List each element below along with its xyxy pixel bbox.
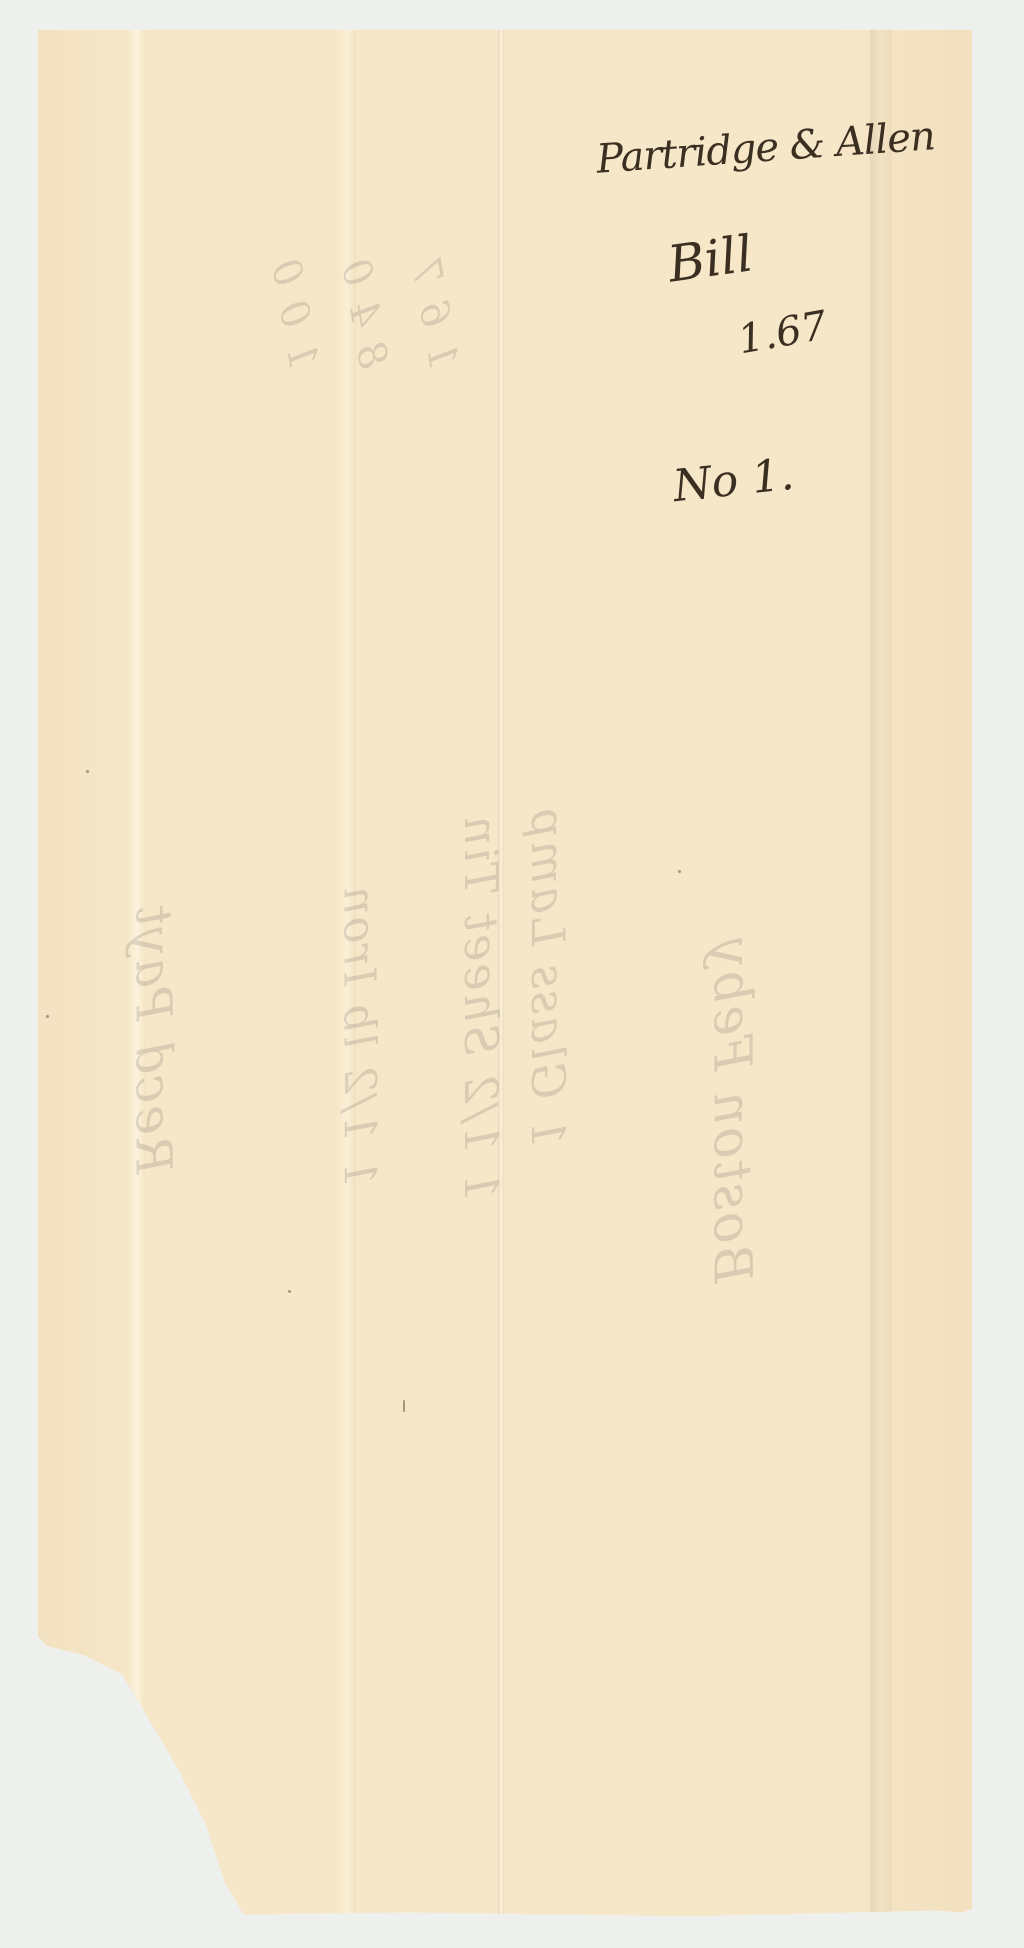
document-page: Boston Feby 1 Glass Lamp 1 1/2 Sheet Tin… bbox=[38, 30, 972, 1920]
bleed-through-line: 1 1/2 Sheet Tin bbox=[454, 814, 508, 1200]
docket-number: No 1. bbox=[671, 449, 797, 512]
bleed-through-figures: 1 6 7 bbox=[402, 254, 467, 372]
paper-fold bbox=[870, 30, 892, 1920]
bleed-through-line: 1 1/2 lb Iron bbox=[334, 884, 385, 1186]
bleed-through-line: Boston Feby bbox=[702, 936, 762, 1283]
paper-speck bbox=[86, 770, 89, 773]
docket-amount: 1.67 bbox=[735, 303, 831, 364]
paper-edge-shading bbox=[832, 30, 972, 1920]
paper-speck bbox=[403, 1400, 405, 1412]
paper-edge-shading bbox=[38, 30, 128, 1920]
paper-speck bbox=[288, 1290, 291, 1293]
docket-type: Bill bbox=[664, 224, 756, 293]
paper-speck bbox=[46, 1015, 49, 1018]
bleed-through-line: 1 Glass Lamp bbox=[521, 807, 575, 1147]
bleed-through-line: Recd Payt bbox=[124, 904, 182, 1175]
bleed-through-figures: 1 0 0 bbox=[262, 254, 327, 372]
paper-speck bbox=[678, 870, 681, 873]
